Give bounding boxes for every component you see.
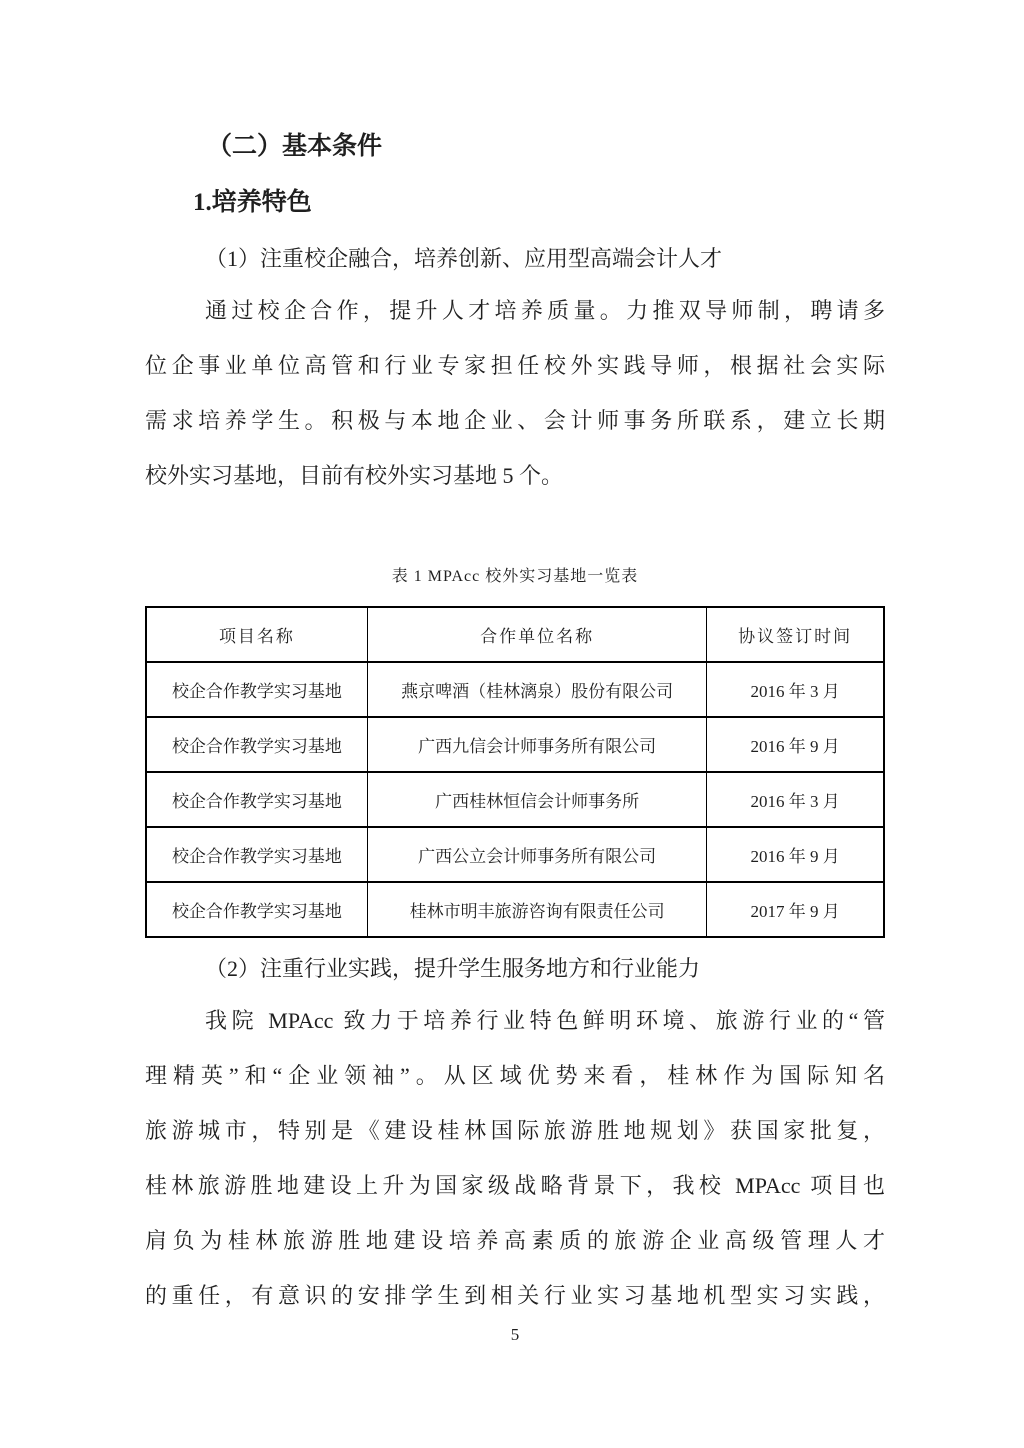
paragraph-line: 旅游城市，特别是《建设桂林国际旅游胜地规划》获国家批复，: [145, 1103, 885, 1158]
cell-project: 校企合作教学实习基地: [146, 717, 367, 772]
cell-partner: 广西公立会计师事务所有限公司: [367, 827, 706, 882]
cell-date: 2016 年 9 月: [707, 827, 884, 882]
cell-project: 校企合作教学实习基地: [146, 772, 367, 827]
table-row: 校企合作教学实习基地 广西桂林恒信会计师事务所 2016 年 3 月: [146, 772, 884, 827]
sub-heading: 1.培养特色: [193, 186, 885, 220]
cell-partner: 桂林市明丰旅游咨询有限责任公司: [367, 882, 706, 937]
header-agreement-date: 协议签订时间: [707, 607, 884, 662]
paragraph-line: 的重任，有意识的安排学生到相关行业实习基地机型实习实践，: [145, 1268, 885, 1323]
cell-date: 2016 年 9 月: [707, 717, 884, 772]
internship-base-table: 项目名称 合作单位名称 协议签订时间 校企合作教学实习基地 燕京啤酒（桂林漓泉）…: [145, 606, 885, 938]
paragraph-line: 位企事业单位高管和行业专家担任校外实践导师，根据社会实际: [145, 338, 885, 393]
cell-partner: 广西桂林恒信会计师事务所: [367, 772, 706, 827]
cell-project: 校企合作教学实习基地: [146, 827, 367, 882]
header-partner-name: 合作单位名称: [367, 607, 706, 662]
section-heading: （二）基本条件: [207, 130, 885, 164]
cell-date: 2016 年 3 月: [707, 772, 884, 827]
table-row: 校企合作教学实习基地 桂林市明丰旅游咨询有限责任公司 2017 年 9 月: [146, 882, 884, 937]
table-header-row: 项目名称 合作单位名称 协议签订时间: [146, 607, 884, 662]
paragraph-line: 需求培养学生。积极与本地企业、会计师事务所联系，建立长期: [145, 393, 885, 448]
document-page: （二）基本条件 1.培养特色 （1）注重校企融合，培养创新、应用型高端会计人才 …: [0, 0, 1024, 1448]
point-2-heading: （2）注重行业实践，提升学生服务地方和行业能力: [145, 952, 885, 986]
table-row: 校企合作教学实习基地 燕京啤酒（桂林漓泉）股份有限公司 2016 年 3 月: [146, 662, 884, 717]
paragraph-line: 校外实习基地，目前有校外实习基地 5 个。: [145, 448, 885, 503]
cell-partner: 燕京啤酒（桂林漓泉）股份有限公司: [367, 662, 706, 717]
cell-date: 2017 年 9 月: [707, 882, 884, 937]
header-project-name: 项目名称: [146, 607, 367, 662]
paragraph-line: 桂林旅游胜地建设上升为国家级战略背景下，我校 MPAcc 项目也: [145, 1158, 885, 1213]
paragraph-line: 理精英”和“企业领袖”。从区域优势来看，桂林作为国际知名: [145, 1048, 885, 1103]
table-row: 校企合作教学实习基地 广西公立会计师事务所有限公司 2016 年 9 月: [146, 827, 884, 882]
cell-project: 校企合作教学实习基地: [146, 662, 367, 717]
paragraph-1: 通过校企合作，提升人才培养质量。力推双导师制，聘请多 位企事业单位高管和行业专家…: [145, 283, 885, 503]
cell-project: 校企合作教学实习基地: [146, 882, 367, 937]
paragraph-line: 我院 MPAcc 致力于培养行业特色鲜明环境、旅游行业的“管: [145, 993, 885, 1048]
paragraph-line: 肩负为桂林旅游胜地建设培养高素质的旅游企业高级管理人才: [145, 1213, 885, 1268]
cell-date: 2016 年 3 月: [707, 662, 884, 717]
page-number: 5: [145, 1324, 885, 1346]
point-1-heading: （1）注重校企融合，培养创新、应用型高端会计人才: [145, 242, 885, 276]
table-row: 校企合作教学实习基地 广西九信会计师事务所有限公司 2016 年 9 月: [146, 717, 884, 772]
cell-partner: 广西九信会计师事务所有限公司: [367, 717, 706, 772]
table-caption: 表 1 MPAcc 校外实习基地一览表: [145, 566, 885, 588]
paragraph-line: 通过校企合作，提升人才培养质量。力推双导师制，聘请多: [145, 283, 885, 338]
paragraph-2: 我院 MPAcc 致力于培养行业特色鲜明环境、旅游行业的“管 理精英”和“企业领…: [145, 993, 885, 1323]
document-content: （二）基本条件 1.培养特色 （1）注重校企融合，培养创新、应用型高端会计人才 …: [145, 0, 885, 1346]
